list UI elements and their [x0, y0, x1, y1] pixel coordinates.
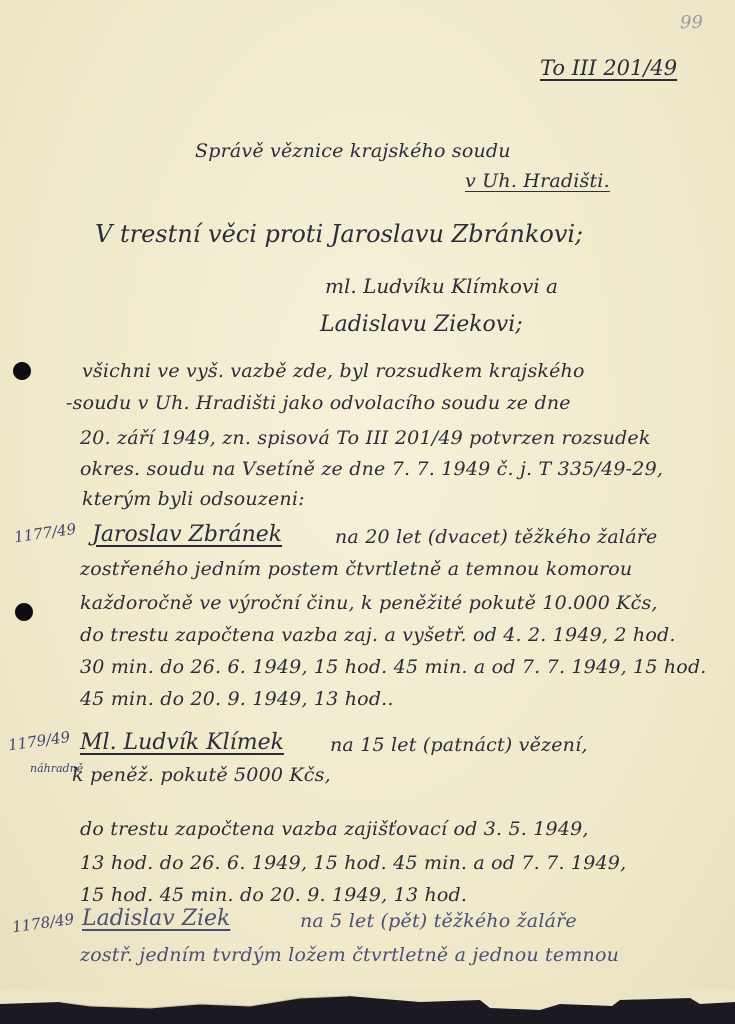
subject-line-1: V trestní věci proti Jaroslavu Zbránkovi…: [95, 220, 583, 248]
entry-line: na 5 let (pět) těžkého žaláře: [300, 910, 577, 932]
torn-paper-edge: [0, 990, 735, 1024]
addressee-line-2: v Uh. Hradišti.: [465, 170, 610, 192]
entry-line: na 20 let (dvacet) těžkého žaláře: [335, 526, 657, 548]
entry-line: 15 hod. 45 min. do 20. 9. 1949, 13 hod.: [80, 884, 467, 906]
punch-hole-bottom: [15, 603, 33, 621]
subject-line-3: Ladislavu Ziekovi;: [320, 312, 523, 337]
entry-line: do trestu započtena vazba zajišťovací od…: [80, 818, 589, 840]
addressee-line-1: Správě věznice krajského soudu: [195, 140, 511, 162]
body-line: -soudu v Uh. Hradišti jako odvolacího so…: [66, 392, 571, 414]
entry-line: 13 hod. do 26. 6. 1949, 15 hod. 45 min. …: [80, 852, 626, 874]
entry-line: do trestu započtena vazba zaj. a vyšetř.…: [80, 624, 676, 646]
body-line: kterým byli odsouzeni:: [82, 488, 305, 510]
entry-line: k peněž. pokutě 5000 Kčs,: [72, 764, 331, 786]
body-line: 20. září 1949, zn. spisová To III 201/49…: [80, 427, 651, 449]
margin-reference: 1178/49: [11, 910, 75, 936]
page-number: 99: [680, 12, 703, 33]
entry-line: každoročně ve výroční činu, k peněžité p…: [80, 592, 658, 614]
body-line: všichni ve vyš. vazbě zde, byl rozsudkem…: [82, 360, 585, 382]
body-line: okres. soudu na Vsetíně ze dne 7. 7. 194…: [80, 458, 663, 480]
entry-line: zostř. jedním tvrdým ložem čtvrtletně a …: [80, 944, 619, 966]
convict-name: Ml. Ludvík Klímek: [80, 730, 284, 755]
entry-line: 45 min. do 20. 9. 1949, 13 hod..: [80, 688, 394, 710]
subject-line-2: ml. Ludvíku Klímkovi a: [325, 274, 558, 298]
entry-line: zostřeného jedním postem čtvrtletně a te…: [80, 558, 632, 580]
entry-line: na 15 let (patnáct) vězení,: [330, 734, 588, 756]
document-page: 99 To III 201/49 Správě věznice krajskéh…: [0, 0, 735, 1004]
convict-name: Jaroslav Zbránek: [92, 522, 282, 547]
file-reference: To III 201/49: [540, 56, 677, 80]
entry-line: 30 min. do 26. 6. 1949, 15 hod. 45 min. …: [80, 656, 707, 678]
margin-reference: 1177/49: [13, 520, 77, 546]
punch-hole-top: [13, 362, 31, 380]
margin-reference: 1179/49: [7, 728, 71, 754]
convict-name: Ladislav Ziek: [82, 906, 230, 931]
